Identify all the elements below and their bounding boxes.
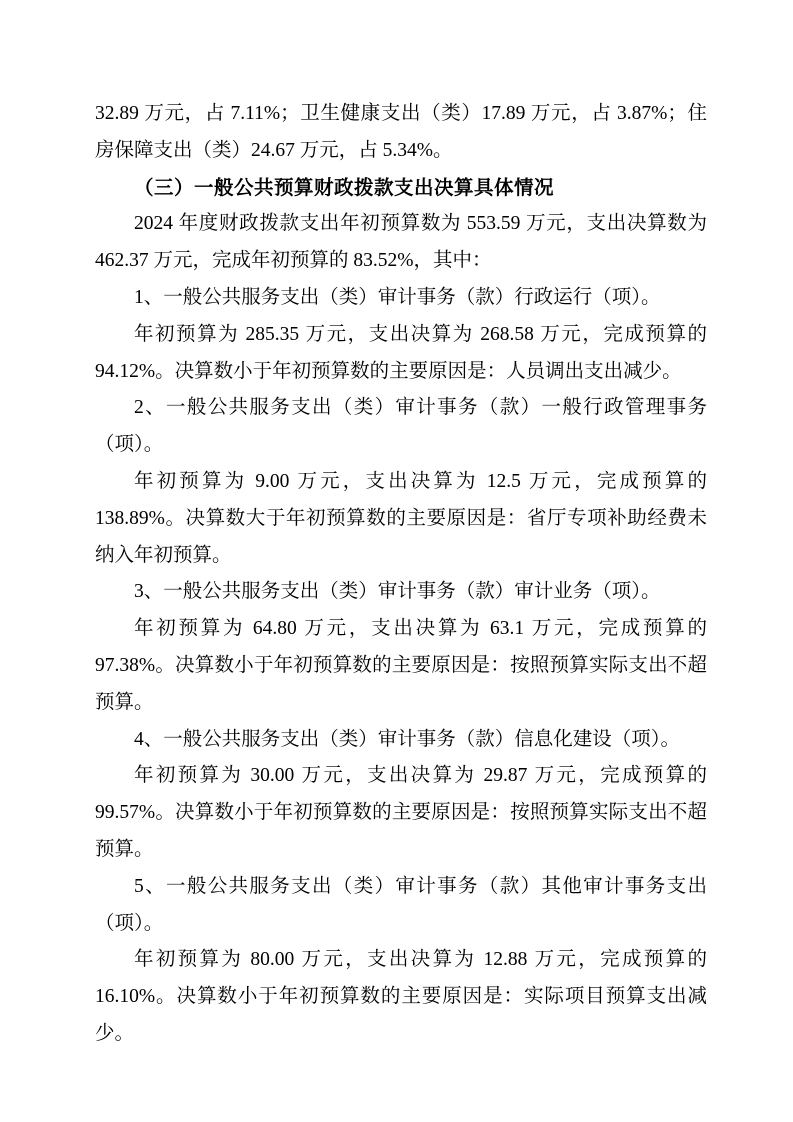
section-heading-3: （三）一般公共预算财政拨款支出决算具体情况	[95, 170, 707, 207]
para-item-3-title: 3、一般公共服务支出（类）审计事务（款）审计业务（项）。	[95, 574, 707, 611]
para-item-4-title: 4、一般公共服务支出（类）审计事务（款）信息化建设（项）。	[95, 722, 707, 759]
para-item-2-title: 2、一般公共服务支出（类）审计事务（款）一般行政管理事务（项）。	[95, 390, 707, 464]
para-item-5-title: 5、一般公共服务支出（类）审计事务（款）其他审计事务支出（项）。	[95, 869, 707, 943]
document-content: 32.89 万元，占 7.11%；卫生健康支出（类）17.89 万元，占 3.8…	[95, 96, 707, 1053]
para-item-4-detail: 年初预算为 30.00 万元，支出决算为 29.87 万元，完成预算的 99.5…	[95, 758, 707, 868]
para-expenditure-shares-continuation: 32.89 万元，占 7.11%；卫生健康支出（类）17.89 万元，占 3.8…	[95, 96, 707, 170]
para-item-1-title: 1、一般公共服务支出（类）审计事务（款）行政运行（项）。	[95, 280, 707, 317]
document-page: 32.89 万元，占 7.11%；卫生健康支出（类）17.89 万元，占 3.8…	[0, 0, 793, 1122]
para-item-1-detail: 年初预算为 285.35 万元，支出决算为 268.58 万元，完成预算的 94…	[95, 317, 707, 391]
para-item-3-detail: 年初预算为 64.80 万元，支出决算为 63.1 万元，完成预算的 97.38…	[95, 611, 707, 721]
para-item-5-detail: 年初预算为 80.00 万元，支出决算为 12.88 万元，完成预算的 16.1…	[95, 942, 707, 1052]
para-total-budget-summary: 2024 年度财政拨款支出年初预算数为 553.59 万元，支出决算数为 462…	[95, 206, 707, 280]
para-item-2-detail: 年初预算为 9.00 万元，支出决算为 12.5 万元，完成预算的 138.89…	[95, 464, 707, 574]
